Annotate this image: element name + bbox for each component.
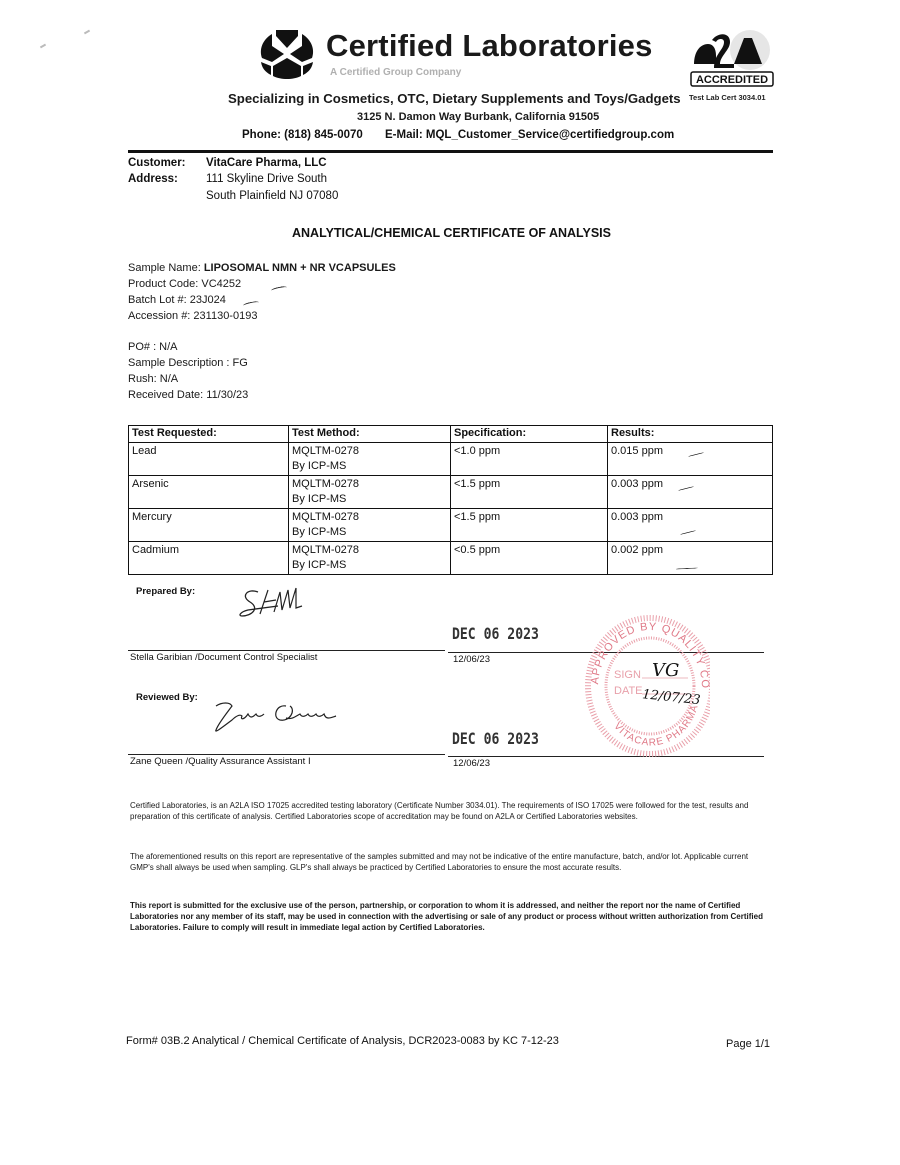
svg-text:ACCREDITED: ACCREDITED bbox=[696, 74, 768, 86]
company-email: E-Mail: MQL_Customer_Service@certifiedgr… bbox=[385, 129, 674, 141]
sample-name-label: Sample Name: bbox=[128, 262, 204, 274]
method-code: MQLTM-0278 bbox=[292, 478, 359, 490]
company-name: Certified Laboratories bbox=[326, 28, 653, 64]
method-code: MQLTM-0278 bbox=[292, 544, 359, 556]
checkmark-tick-icon bbox=[678, 486, 694, 491]
a2la-accredited-badge-icon: ACCREDITED bbox=[690, 30, 774, 90]
checkmark-tick-icon bbox=[243, 300, 259, 307]
table-row: Lead MQLTM-0278By ICP-MS <1.0 ppm 0.015 … bbox=[129, 443, 773, 476]
test-name: Arsenic bbox=[129, 476, 289, 509]
table-row: Cadmium MQLTM-0278By ICP-MS <0.5 ppm 0.0… bbox=[129, 542, 773, 575]
accreditation-disclaimer: Certified Laboratories, is an A2LA ISO 1… bbox=[130, 800, 770, 822]
prepared-signature-line bbox=[128, 650, 445, 651]
scan-mark bbox=[40, 44, 46, 49]
header-results: Results: bbox=[608, 426, 773, 443]
reviewed-signature-line bbox=[128, 754, 445, 755]
usage-disclaimer: This report is submitted for the exclusi… bbox=[130, 900, 770, 933]
result-value: 0.015 ppm bbox=[611, 445, 663, 457]
result-value: 0.002 ppm bbox=[611, 544, 663, 556]
method-technique: By ICP-MS bbox=[292, 493, 346, 505]
reviewed-by-signature-icon bbox=[212, 698, 340, 734]
specification: <0.5 ppm bbox=[451, 542, 608, 575]
company-tagline: Specializing in Cosmetics, OTC, Dietary … bbox=[228, 91, 681, 106]
header-test-method: Test Method: bbox=[289, 426, 451, 443]
svg-text:VG: VG bbox=[652, 660, 679, 681]
certified-labs-logo-icon bbox=[258, 28, 316, 80]
specification: <1.5 ppm bbox=[451, 476, 608, 509]
po-number: PO# : N/A bbox=[128, 341, 178, 353]
address-label: Address: bbox=[128, 173, 178, 185]
a2la-cert-number: Test Lab Cert 3034.01 bbox=[689, 93, 766, 102]
reviewed-by-label: Reviewed By: bbox=[136, 692, 198, 703]
customer-name: VitaCare Pharma, LLC bbox=[206, 157, 327, 169]
preparer-name-title: Stella Garibian /Document Control Specia… bbox=[130, 652, 317, 663]
checkmark-tick-icon bbox=[271, 285, 287, 292]
company-address: 3125 N. Damon Way Burbank, California 91… bbox=[357, 111, 599, 123]
batch-lot: Batch Lot #: 23J024 bbox=[128, 294, 226, 306]
checkmark-tick-icon bbox=[688, 452, 704, 457]
method-technique: By ICP-MS bbox=[292, 526, 346, 538]
svg-text:DATE: DATE bbox=[614, 685, 643, 697]
customer-label: Customer: bbox=[128, 157, 186, 169]
header-divider bbox=[128, 150, 773, 153]
customer-address-line2: South Plainfield NJ 07080 bbox=[206, 190, 338, 202]
result-value: 0.003 ppm bbox=[611, 511, 663, 523]
specification: <1.5 ppm bbox=[451, 509, 608, 542]
received-date: Received Date: 11/30/23 bbox=[128, 389, 248, 401]
test-method: MQLTM-0278By ICP-MS bbox=[289, 476, 451, 509]
qc-approval-stamp-icon: APPROVED BY QUALITY CONTROL VITACARE PHA… bbox=[580, 608, 710, 758]
result-value: 0.003 ppm bbox=[611, 478, 663, 490]
test-name: Lead bbox=[129, 443, 289, 476]
sample-name-value: LIPOSOMAL NMN + NR VCAPSULES bbox=[204, 262, 396, 274]
prepared-date-stamp: DEC 06 2023 bbox=[452, 624, 539, 643]
sample-description: Sample Description : FG bbox=[128, 357, 248, 369]
accession-number: Accession #: 231130-0193 bbox=[128, 310, 257, 322]
method-technique: By ICP-MS bbox=[292, 460, 346, 472]
result-cell: 0.002 ppm bbox=[608, 542, 773, 575]
specification: <1.0 ppm bbox=[451, 443, 608, 476]
test-method: MQLTM-0278By ICP-MS bbox=[289, 542, 451, 575]
reviewed-date-stamp: DEC 06 2023 bbox=[452, 729, 539, 748]
method-code: MQLTM-0278 bbox=[292, 445, 359, 457]
prepared-by-signature-icon bbox=[238, 586, 304, 622]
header-test-requested: Test Requested: bbox=[129, 426, 289, 443]
checkmark-tick-icon bbox=[676, 567, 698, 569]
result-cell: 0.015 ppm bbox=[608, 443, 773, 476]
reviewer-name-title: Zane Queen /Quality Assurance Assistant … bbox=[130, 756, 311, 767]
result-cell: 0.003 ppm bbox=[608, 476, 773, 509]
prepared-date: 12/06/23 bbox=[453, 654, 490, 665]
results-table: Test Requested: Test Method: Specificati… bbox=[128, 425, 773, 575]
company-subtitle: A Certified Group Company bbox=[330, 67, 461, 78]
test-name: Cadmium bbox=[129, 542, 289, 575]
form-reference: Form# 03B.2 Analytical / Chemical Certif… bbox=[126, 1035, 559, 1047]
sample-name: Sample Name: LIPOSOMAL NMN + NR VCAPSULE… bbox=[128, 262, 396, 274]
document-title: ANALYTICAL/CHEMICAL CERTIFICATE OF ANALY… bbox=[292, 226, 611, 240]
svg-text:12/07/23: 12/07/23 bbox=[641, 687, 701, 708]
prepared-by-label: Prepared By: bbox=[136, 586, 195, 597]
table-row: Arsenic MQLTM-0278By ICP-MS <1.5 ppm 0.0… bbox=[129, 476, 773, 509]
method-code: MQLTM-0278 bbox=[292, 511, 359, 523]
test-method: MQLTM-0278By ICP-MS bbox=[289, 443, 451, 476]
test-name: Mercury bbox=[129, 509, 289, 542]
test-method: MQLTM-0278By ICP-MS bbox=[289, 509, 451, 542]
representative-disclaimer: The aforementioned results on this repor… bbox=[130, 851, 770, 873]
header-specification: Specification: bbox=[451, 426, 608, 443]
customer-address-line1: 111 Skyline Drive South bbox=[206, 173, 327, 185]
table-row: Mercury MQLTM-0278By ICP-MS <1.5 ppm 0.0… bbox=[129, 509, 773, 542]
page-number: Page 1/1 bbox=[726, 1038, 770, 1050]
company-phone: Phone: (818) 845-0070 bbox=[242, 129, 363, 141]
svg-text:SIGN: SIGN bbox=[614, 669, 641, 681]
scan-mark bbox=[84, 30, 90, 35]
result-cell: 0.003 ppm bbox=[608, 509, 773, 542]
table-header-row: Test Requested: Test Method: Specificati… bbox=[129, 426, 773, 443]
product-code: Product Code: VC4252 bbox=[128, 278, 241, 290]
reviewed-date: 12/06/23 bbox=[453, 758, 490, 769]
method-technique: By ICP-MS bbox=[292, 559, 346, 571]
rush-status: Rush: N/A bbox=[128, 373, 178, 385]
checkmark-tick-icon bbox=[680, 530, 696, 535]
